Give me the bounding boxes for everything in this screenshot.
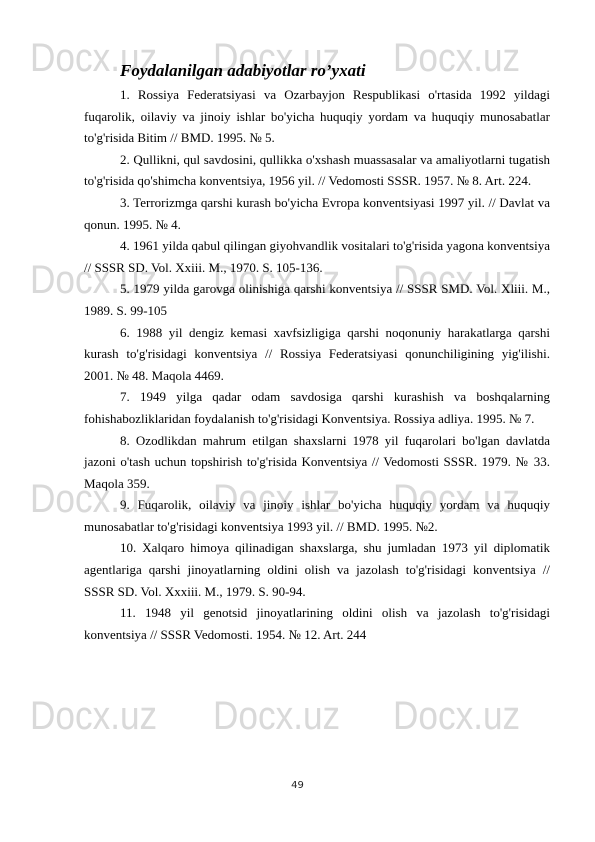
reference-item: 2. Qullikni, qul savdosini, qullikka o'x… — [84, 149, 550, 192]
document-page: Foydalanilgan adabiyotlar ro’yxati 1. Ro… — [84, 60, 550, 645]
reference-item: 6. 1988 yil dengiz kemasi xavfsizligiga … — [84, 322, 550, 387]
reference-list: 1. Rossiya Federatsiyasi va Ozarbayjon R… — [84, 84, 550, 645]
reference-item: 11. 1948 yil genotsid jinoyatlarining ol… — [84, 602, 550, 645]
page-number: 49 — [0, 780, 595, 791]
reference-item: 5. 1979 yilda garovga olinishiga qarshi … — [84, 278, 550, 321]
watermark: Docx.uz — [213, 696, 340, 736]
page-title: Foydalanilgan adabiyotlar ro’yxati — [120, 60, 550, 84]
reference-item: 7. 1949 yilga qadar odam savdosiga qarsh… — [84, 386, 550, 429]
reference-item: 3. Terrorizmga qarshi kurash bo'yicha Ev… — [84, 192, 550, 235]
reference-item: 4. 1961 yilda qabul qilingan giyohvandli… — [84, 235, 550, 278]
reference-item: 9. Fuqarolik, oilaviy va jinoiy ishlar b… — [84, 494, 550, 537]
watermark: Docx.uz — [393, 696, 520, 736]
reference-item: 10. Xalqaro himoya qilinadigan shaxslarg… — [84, 537, 550, 602]
reference-item: 8. Ozodlikdan mahrum etilgan shaxslarni … — [84, 430, 550, 495]
reference-item: 1. Rossiya Federatsiyasi va Ozarbayjon R… — [84, 84, 550, 149]
watermark: Docx.uz — [30, 696, 157, 736]
